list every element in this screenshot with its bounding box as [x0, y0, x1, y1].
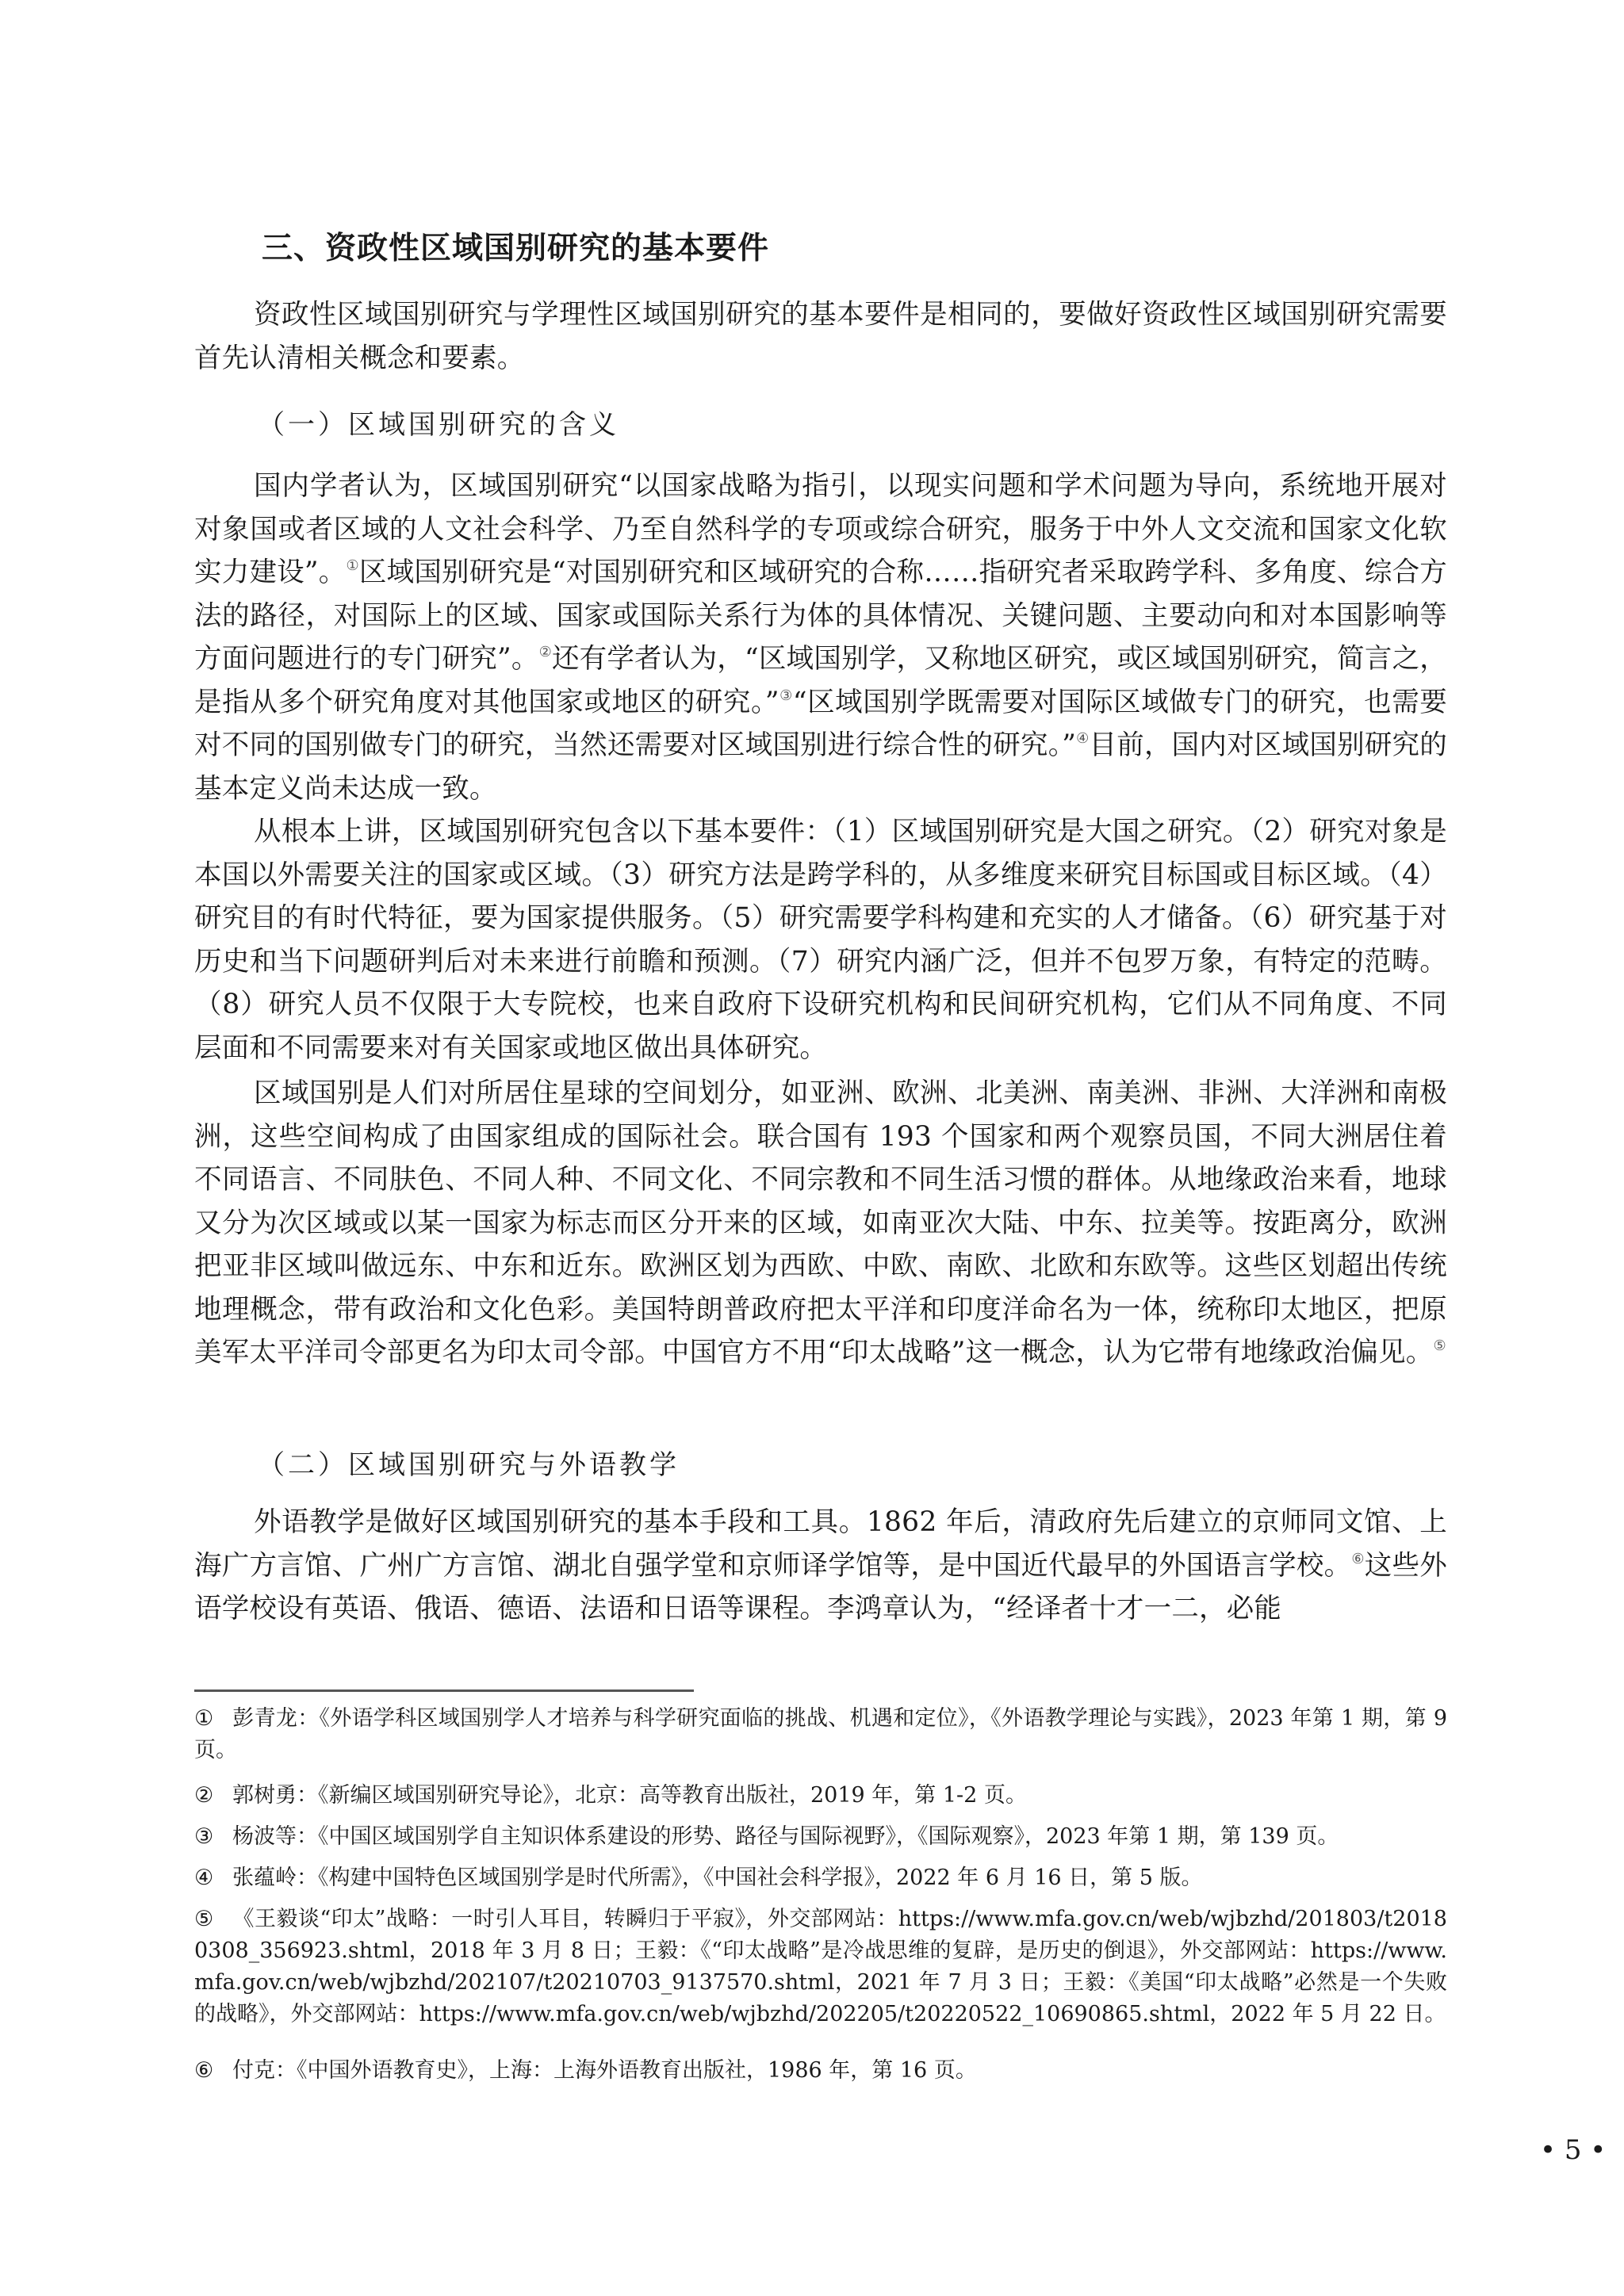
footnote-ref-1[interactable]: ①	[347, 557, 359, 574]
paragraph-text: 外语教学是做好区域国别研究的基本手段和工具。1862 年后，清政府先后建立的京师…	[194, 1506, 1447, 1582]
footnote-3: ③杨波等：《中国区域国别学自主知识体系建设的形势、路径与国际视野》，《国际观察》…	[194, 1821, 1447, 1853]
footnote-text: 杨波等：《中国区域国别学自主知识体系建设的形势、路径与国际视野》，《国际观察》，…	[232, 1824, 1339, 1849]
footnote-number: ②	[194, 1780, 232, 1812]
footnote-number: ④	[194, 1862, 232, 1894]
footnote-text: 付克：《中国外语教育史》，上海：上海外语教育出版社，1986 年，第 16 页。	[232, 2058, 977, 2083]
requirements-paragraph: 从根本上讲，区域国别研究包含以下基本要件：（1）区域国别研究是大国之研究。（2）…	[194, 810, 1447, 1070]
footnote-number: ⑥	[194, 2055, 232, 2087]
definition-paragraph: 国内学者认为，区域国别研究“以国家战略为指引，以现实问题和学术问题为导向，系统地…	[194, 465, 1447, 810]
footnote-divider	[194, 1689, 694, 1692]
footnote-text: 张蕴岭：《构建中国特色区域国别学是时代所需》，《中国社会科学报》，2022 年 …	[232, 1865, 1203, 1890]
language-teaching-paragraph: 外语教学是做好区域国别研究的基本手段和工具。1862 年后，清政府先后建立的京师…	[194, 1501, 1447, 1631]
footnote-ref-5[interactable]: ⑤	[1433, 1337, 1446, 1354]
footnote-text: 《王毅谈“印太”战略：一时引人耳目，转瞬归于平寂》，外交部网站：https://…	[194, 1907, 1447, 2026]
footnote-ref-2[interactable]: ②	[539, 644, 552, 660]
page-number: • 5 •	[1540, 2134, 1606, 2166]
footnote-ref-6[interactable]: ⑥	[1351, 1551, 1364, 1567]
regions-paragraph: 区域国别是人们对所居住星球的空间划分，如亚洲、欧洲、北美洲、南美洲、非洲、大洋洲…	[194, 1072, 1447, 1375]
section-heading: 三、资政性区域国别研究的基本要件	[262, 224, 769, 268]
footnote-2: ②郭树勇：《新编区域国别研究导论》，北京：高等教育出版社，2019 年，第 1-…	[194, 1780, 1447, 1812]
footnote-number: ①	[194, 1703, 232, 1735]
footnote-1: ①彭青龙：《外语学科区域国别学人才培养与科学研究面临的挑战、机遇和定位》，《外语…	[194, 1703, 1447, 1766]
footnote-number: ③	[194, 1821, 232, 1853]
footnote-5: ⑤《王毅谈“印太”战略：一时引人耳目，转瞬归于平寂》，外交部网站：https:/…	[194, 1904, 1447, 2030]
intro-paragraph: 资政性区域国别研究与学理性区域国别研究的基本要件是相同的，要做好资政性区域国别研…	[194, 293, 1447, 380]
subsection-heading-1: （一）区域国别研究的含义	[258, 403, 619, 442]
footnote-number: ⑤	[194, 1904, 232, 1935]
footnote-text: 郭树勇：《新编区域国别研究导论》，北京：高等教育出版社，2019 年，第 1-2…	[232, 1783, 1027, 1808]
footnote-ref-3[interactable]: ③	[779, 687, 793, 704]
footnote-ref-4[interactable]: ④	[1076, 730, 1089, 747]
footnote-4: ④张蕴岭：《构建中国特色区域国别学是时代所需》，《中国社会科学报》，2022 年…	[194, 1862, 1447, 1894]
subsection-heading-2: （二）区域国别研究与外语教学	[258, 1443, 680, 1482]
footnote-6: ⑥付克：《中国外语教育史》，上海：上海外语教育出版社，1986 年，第 16 页…	[194, 2055, 1447, 2087]
footnote-text: 彭青龙：《外语学科区域国别学人才培养与科学研究面临的挑战、机遇和定位》，《外语教…	[194, 1706, 1447, 1762]
paragraph-text: 区域国别是人们对所居住星球的空间划分，如亚洲、欧洲、北美洲、南美洲、非洲、大洋洲…	[194, 1077, 1447, 1368]
